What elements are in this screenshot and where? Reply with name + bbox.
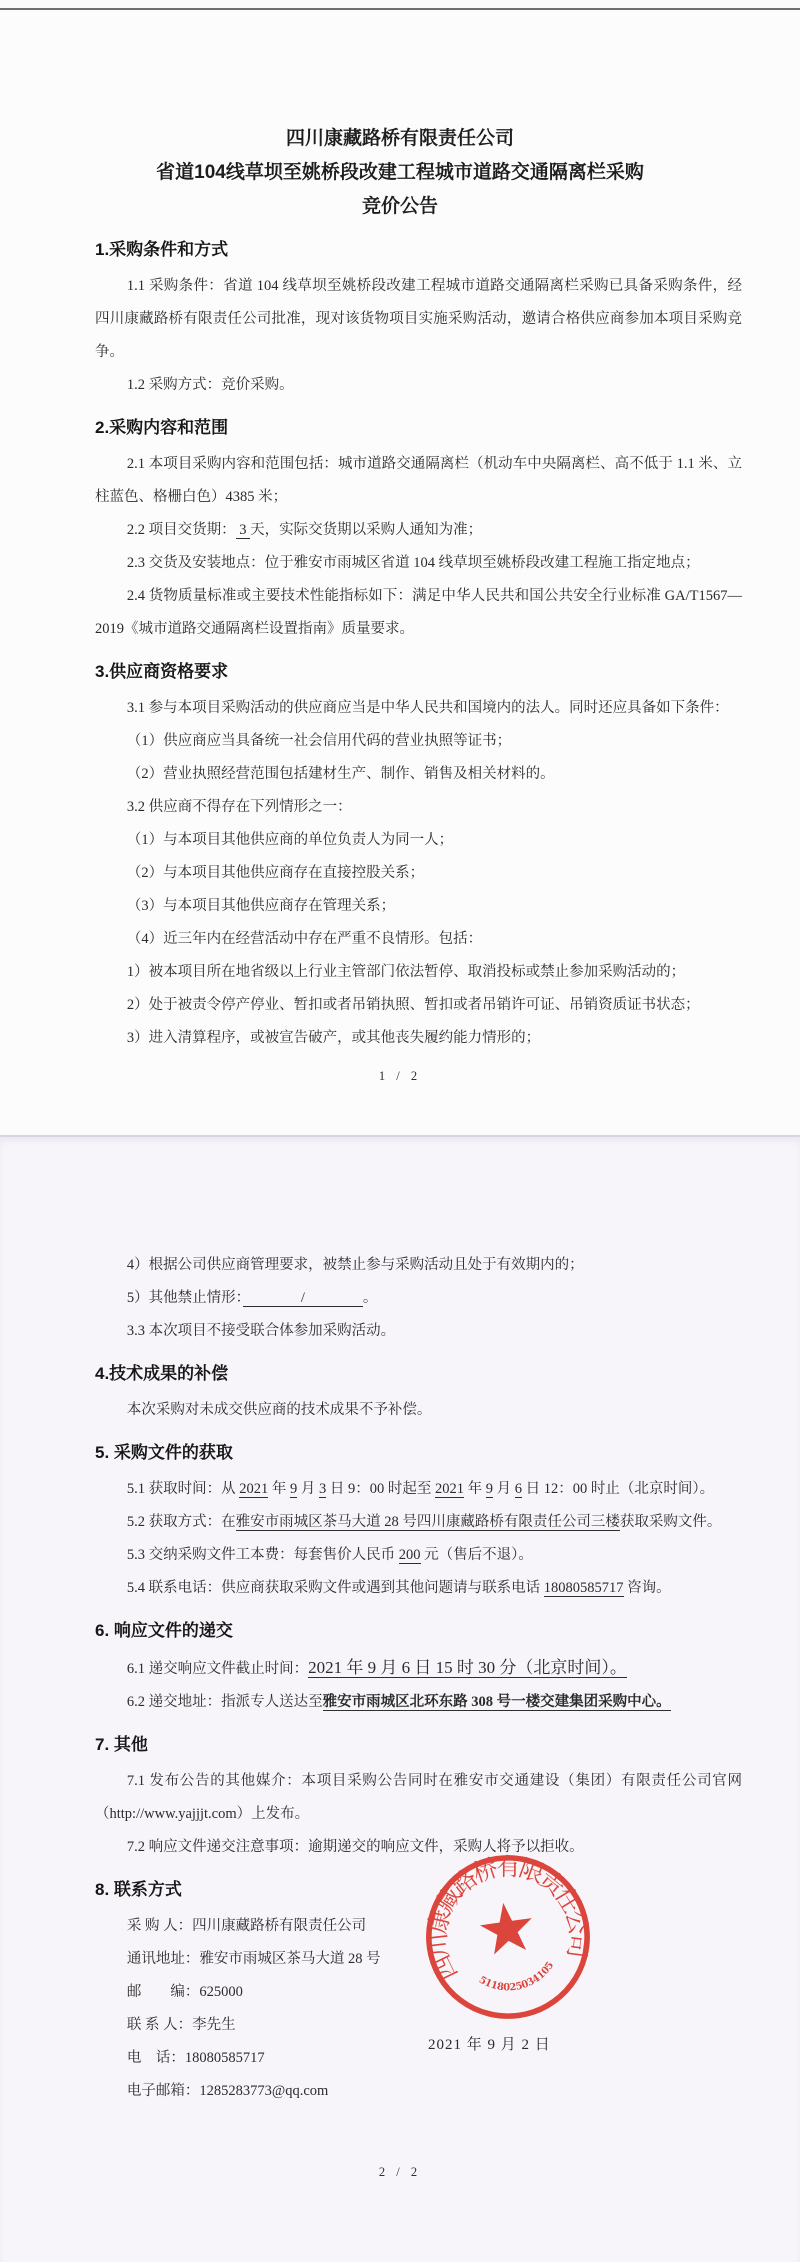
clause-3-1-item-2: （2）营业执照经营范围包括建材生产、制作、销售及相关材料的。 xyxy=(95,758,742,791)
section-3-heading: 3.供应商资格要求 xyxy=(95,652,742,692)
end-month: 9 xyxy=(486,1481,493,1498)
section-7-heading: 7. 其他 xyxy=(95,1725,742,1765)
clause-2-1: 2.1 本项目采购内容和范围包括：城市道路交通隔离栏（机动车中央隔离栏、高不低于… xyxy=(95,448,742,514)
page-number: 2 / 2 xyxy=(0,2165,800,2180)
clause-2-2: 2.2 项目交货期： 3 天，实际交货期以采购人通知为准； xyxy=(95,514,742,547)
document-pickup-address: 雅安市雨城区茶马大道 28 号四川康藏路桥有限责任公司三楼 xyxy=(236,1514,620,1531)
clause-3-2-item-2: （2）与本项目其他供应商存在直接控股关系； xyxy=(95,857,742,890)
clause-7-1: 7.1 发布公告的其他媒介：本项目采购公告同时在雅安市交通建设（集团）有限责任公… xyxy=(95,1765,742,1831)
clause-5-2: 5.2 获取方式：在雅安市雨城区茶马大道 28 号四川康藏路桥有限责任公司三楼获… xyxy=(95,1506,742,1539)
delivery-days-value: 3 xyxy=(236,522,251,539)
clause-6-1: 6.1 递交响应文件截止时间：2021 年 9 月 6 日 15 时 30 分（… xyxy=(95,1651,742,1686)
scan-top-edge xyxy=(0,0,800,10)
contact-telephone: 电 话：18080585717 xyxy=(95,2042,742,2075)
document-title: 四川康藏路桥有限责任公司 省道104线草坝至姚桥段改建工程城市道路交通隔离栏采购… xyxy=(0,122,800,224)
clause-6-2: 6.2 递交地址：指派专人送达至雅安市雨城区北环东路 308 号一楼交建集团采购… xyxy=(95,1686,742,1719)
contact-person: 联 系 人：李先生 xyxy=(95,2009,742,2042)
title-line-company: 四川康藏路桥有限责任公司 xyxy=(0,122,800,156)
section-6-heading: 6. 响应文件的递交 xyxy=(95,1611,742,1651)
end-year: 2021 xyxy=(435,1481,464,1498)
page-1: 四川康藏路桥有限责任公司 省道104线草坝至姚桥段改建工程城市道路交通隔离栏采购… xyxy=(0,10,800,1135)
clause-3-2: 3.2 供应商不得存在下列情形之一： xyxy=(95,791,742,824)
clause-3-2-item-4-sub-2: 2）处于被责令停产停业、暂扣或者吊销执照、暂扣或者吊销许可证、吊销资质证书状态； xyxy=(95,989,742,1022)
section-8-heading: 8. 联系方式 xyxy=(95,1870,742,1910)
page-2: 4）根据公司供应商管理要求，被禁止参与采购活动且处于有效期内的； 5）其他禁止情… xyxy=(0,1135,800,2262)
clause-1-1: 1.1 采购条件：省道 104 线草坝至姚桥段改建工程城市道路交通隔离栏采购已具… xyxy=(95,270,742,369)
clause-2-4: 2.4 货物质量标准或主要技术性能指标如下：满足中华人民共和国公共安全行业标准 … xyxy=(95,580,742,646)
title-line-project: 省道104线草坝至姚桥段改建工程城市道路交通隔离栏采购 xyxy=(0,156,800,190)
page-number: 1 / 2 xyxy=(0,1069,800,1084)
announcement-date: 2021 年 9 月 2 日 xyxy=(428,2033,551,2054)
clause-5-3: 5.3 交纳采购文件工本费：每套售价人民币 200 元（售后不退）。 xyxy=(95,1539,742,1572)
clause-3-2-item-3: （3）与本项目其他供应商存在管理关系； xyxy=(95,890,742,923)
contact-phone-value: 18080585717 xyxy=(544,1580,624,1597)
section-1-heading: 1.采购条件和方式 xyxy=(95,230,742,270)
section-2-heading: 2.采购内容和范围 xyxy=(95,408,742,448)
clause-3-2-item-4: （4）近三年内在经营活动中存在严重不良情形。包括： xyxy=(95,923,742,956)
start-year: 2021 xyxy=(239,1481,268,1498)
contact-email: 电子邮箱：1285283773@qq.com xyxy=(95,2075,742,2108)
title-line-notice-type: 竞价公告 xyxy=(0,190,800,224)
clause-3-1-item-1: （1）供应商应当具备统一社会信用代码的营业执照等证书； xyxy=(95,725,742,758)
contact-mail-address: 通讯地址：雅安市雨城区茶马大道 28 号 xyxy=(95,1943,742,1976)
section-4-heading: 4.技术成果的补偿 xyxy=(95,1354,742,1394)
clause-1-2: 1.2 采购方式：竞价采购。 xyxy=(95,369,742,402)
clause-3-2-item-4-sub-1: 1）被本项目所在地省级以上行业主管部门依法暂停、取消投标或禁止参加采购活动的； xyxy=(95,956,742,989)
section-5-heading: 5. 采购文件的获取 xyxy=(95,1433,742,1473)
end-day: 6 xyxy=(515,1481,522,1498)
clause-5-4: 5.4 联系电话：供应商获取采购文件或遇到其他问题请与联系电话 18080585… xyxy=(95,1572,742,1605)
submission-address-value: 雅安市雨城区北环东路 308 号一楼交建集团采购中心。 xyxy=(323,1694,671,1711)
clause-3-2-item-4-sub-4: 4）根据公司供应商管理要求，被禁止参与采购活动且处于有效期内的； xyxy=(95,1249,742,1282)
clause-2-3: 2.3 交货及安装地点：位于雅安市雨城区省道 104 线草坝至姚桥段改建工程施工… xyxy=(95,547,742,580)
blank-slash-field: / xyxy=(243,1290,363,1307)
contact-postcode: 邮 编：625000 xyxy=(95,1976,742,2009)
clause-3-3: 3.3 本次项目不接受联合体参加采购活动。 xyxy=(95,1315,742,1348)
clause-4-1: 本次采购对未成交供应商的技术成果不予补偿。 xyxy=(95,1394,742,1427)
submission-deadline-value: 2021 年 9 月 6 日 15 时 30 分（北京时间）。 xyxy=(308,1658,627,1678)
clause-3-2-item-1: （1）与本项目其他供应商的单位负责人为同一人； xyxy=(95,824,742,857)
clause-5-1: 5.1 获取时间：从 2021 年 9 月 3 日 9：00 时起至 2021 … xyxy=(95,1473,742,1506)
clause-7-2: 7.2 响应文件递交注意事项：逾期递交的响应文件，采购人将予以拒收。 xyxy=(95,1831,742,1864)
document-fee-value: 200 xyxy=(399,1547,421,1564)
clause-3-1: 3.1 参与本项目采购活动的供应商应当是中华人民共和国境内的法人。同时还应具备如… xyxy=(95,692,742,725)
contact-purchaser: 采 购 人：四川康藏路桥有限责任公司 xyxy=(95,1910,742,1943)
clause-3-2-item-4-sub-3: 3）进入清算程序，或被宣告破产，或其他丧失履约能力情形的； xyxy=(95,1022,742,1055)
clause-3-2-item-4-sub-5: 5）其他禁止情形： / 。 xyxy=(95,1282,742,1315)
